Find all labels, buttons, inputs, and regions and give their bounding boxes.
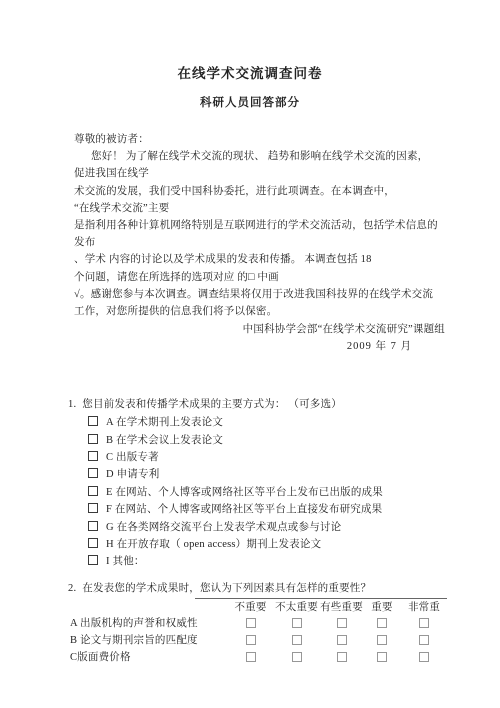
option-row: A 在学术期刊上发表论文	[88, 414, 450, 431]
question-2-heading: 2.在发表您的学术成果时，您认为下列因素具有怎样的重要性？	[68, 580, 450, 597]
row-label: C版面费价格	[70, 649, 228, 666]
checkbox-icon[interactable]	[246, 618, 256, 628]
option-label: B 在学术会议上发表论文	[106, 435, 223, 446]
rating-column-header: 不太重要	[273, 601, 320, 615]
option-label: E 在网站、个人博客或网络社区等平台上发布已出版的成果	[106, 487, 383, 498]
option-row: G 在各类网络交流平台上发表学术观点或参与讨论	[88, 519, 450, 536]
option-label: D 申请专利	[106, 469, 159, 480]
checkbox-icon[interactable]	[292, 652, 302, 662]
checkbox-icon[interactable]	[88, 416, 98, 426]
rating-column-header: 重要	[363, 601, 401, 615]
checkbox-icon[interactable]	[88, 538, 98, 548]
intro-line: 个问题，请您在所选择的选项对应 的□ 中画	[74, 269, 445, 286]
option-label: H 在开放存取（ open access）期刊上发表论文	[106, 539, 321, 550]
checkbox-icon[interactable]	[337, 618, 347, 628]
option-label: A 在学术期刊上发表论文	[106, 417, 223, 428]
checkbox-icon[interactable]	[377, 652, 387, 662]
checkbox-icon[interactable]	[246, 635, 256, 645]
option-label: I 其他：	[106, 556, 145, 567]
intro-line: 尊敬的被访者：	[74, 131, 445, 148]
checkbox-icon[interactable]	[88, 451, 98, 461]
option-row: B 在学术会议上发表论文	[88, 432, 450, 449]
checkbox-icon[interactable]	[292, 618, 302, 628]
date-line: 2009 年 7 月	[74, 338, 412, 355]
option-label: F 在网站、个人博客或网络社区等平台上直接发布研究成果	[106, 504, 382, 515]
intro-line: 术交流的发展，我们受中国科协委托，进行此项调查。在本调查中，	[74, 183, 445, 200]
question-2: 2.在发表您的学术成果时，您认为下列因素具有怎样的重要性？ 不重要 不太重要 有…	[68, 580, 450, 666]
question-2-number: 2.	[68, 580, 76, 597]
rating-column-header: 有些重要	[320, 601, 363, 615]
checkbox-icon[interactable]	[337, 635, 347, 645]
header-divider-line	[195, 598, 447, 599]
intro-line: 是指利用各种计算机网络特别是互联网进行的学术交流活动，包括学术信息的发布	[74, 217, 445, 251]
intro-line: 工作，对您所提供的信息我们将予以保密。	[74, 303, 445, 320]
checkbox-icon[interactable]	[292, 635, 302, 645]
checkbox-icon[interactable]	[377, 635, 387, 645]
option-label: G 在各类网络交流平台上发表学术观点或参与讨论	[106, 522, 341, 533]
intro-line: “在线学术交流”主要	[74, 200, 445, 217]
checkbox-icon[interactable]	[88, 503, 98, 513]
row-label: A 出版机构的声誉和权威性	[70, 615, 228, 632]
checkbox-icon[interactable]	[88, 486, 98, 496]
question-1-heading: 1.您目前发表和传播学术成果的主要方式为： （可多选）	[68, 396, 450, 413]
signature-line: 中国科协学会部“在线学术交流研究”课题组	[74, 321, 445, 338]
intro-paragraph: 尊敬的被访者： 您好！ 为了解在线学术交流的现状、 趋势和影响在线学术交流的因素…	[74, 131, 445, 320]
option-row: I 其他：	[88, 553, 450, 570]
table-row: A 出版机构的声誉和权威性	[70, 615, 450, 632]
question-1-text: 您目前发表和传播学术成果的主要方式为： （可多选）	[82, 399, 342, 410]
checkbox-icon[interactable]	[88, 468, 98, 478]
intro-line: 、学术 内容的讨论以及学术成果的发表和传播。 本调查包括 18	[74, 251, 445, 268]
intro-line: 您好！ 为了解在线学术交流的现状、 趋势和影响在线学术交流的因素，	[74, 148, 445, 165]
question-1: 1.您目前发表和传播学术成果的主要方式为： （可多选） A 在学术期刊上发表论文…	[68, 396, 450, 571]
rating-column-header: 不重要	[228, 601, 273, 615]
option-row: H 在开放存取（ open access）期刊上发表论文	[88, 536, 450, 553]
checkbox-icon[interactable]	[246, 652, 256, 662]
rating-column-header: 非常重	[401, 601, 447, 615]
checkbox-icon[interactable]	[419, 618, 429, 628]
question-2-text: 在发表您的学术成果时，您认为下列因素具有怎样的重要性？	[82, 583, 371, 594]
question-1-number: 1.	[68, 396, 76, 413]
page-title: 在线学术交流调查问卷	[0, 0, 500, 82]
option-row: D 申请专利	[88, 466, 450, 483]
checkbox-icon[interactable]	[419, 635, 429, 645]
option-row: F 在网站、个人博客或网络社区等平台上直接发布研究成果	[88, 501, 450, 518]
table-row: C版面费价格	[70, 649, 450, 666]
question-1-options: A 在学术期刊上发表论文 B 在学术会议上发表论文 C 出版专著 D 申请专利 …	[88, 414, 450, 571]
questionnaire-page: 在线学术交流调查问卷 科研人员回答部分 尊敬的被访者： 您好！ 为了解在线学术交…	[0, 0, 500, 708]
checkbox-icon[interactable]	[88, 434, 98, 444]
option-row: E 在网站、个人博客或网络社区等平台上发布已出版的成果	[88, 484, 450, 501]
table-row: B 论文与期刊宗旨的匹配度	[70, 632, 450, 649]
option-row: C 出版专著	[88, 449, 450, 466]
row-label: B 论文与期刊宗旨的匹配度	[70, 632, 228, 649]
checkbox-icon[interactable]	[337, 652, 347, 662]
checkbox-icon[interactable]	[88, 521, 98, 531]
intro-line: 促进我国在线学	[74, 165, 445, 182]
page-subtitle: 科研人员回答部分	[0, 94, 500, 110]
intro-line: √。感谢您参与本次调查。调查结果将仅用于改进我国科技界的在线学术交流	[74, 286, 445, 303]
checkbox-icon[interactable]	[377, 618, 387, 628]
checkbox-icon[interactable]	[88, 555, 98, 565]
option-label: C 出版专著	[106, 452, 159, 463]
checkbox-icon[interactable]	[419, 652, 429, 662]
rating-header-row: 不重要 不太重要 有些重要 重要 非常重	[70, 601, 450, 615]
